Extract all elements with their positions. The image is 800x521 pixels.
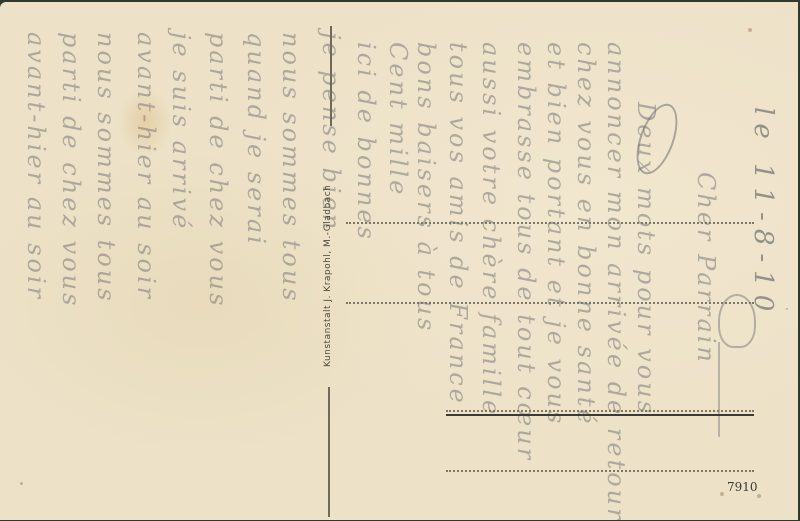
handwriting-line: et bien portant et je vous (542, 42, 570, 426)
card-number: 7910 (727, 480, 758, 494)
handwriting-line: quand je serai (242, 32, 270, 247)
handwriting-line: Cent mille (384, 42, 412, 197)
vertical-divider-bottom (328, 387, 330, 517)
handwriting-line: nous sommes tous (92, 32, 120, 304)
paper-speck (20, 482, 23, 485)
address-line (446, 470, 754, 472)
address-line (346, 222, 754, 224)
handwriting-line: avant-hier au soir (22, 32, 50, 301)
vertical-divider-top (330, 26, 332, 126)
publisher-imprint: Kunstanstalt J. Krapohl, M.-Gladbach (323, 185, 333, 367)
handwriting-line: avant-hier au soir (132, 32, 160, 301)
handwriting-line: parti de chez vous (57, 32, 85, 308)
handwriting-line: je suis arrivé (167, 32, 195, 231)
address-line (346, 302, 754, 304)
paper-speck (720, 492, 724, 496)
handwriting-line: aussi votre chère famille (477, 42, 505, 417)
handwriting-flourish (718, 342, 720, 437)
handwritten-date: le 11-8-10 (748, 107, 778, 319)
handwriting-line: annoncer mon arrivée de retour (602, 42, 630, 520)
handwriting-line: chez vous en bonne santé (572, 42, 600, 427)
postcard-back: Cher Parrain Deux mots pour vous annonce… (0, 2, 798, 520)
handwriting-line: ici de bonnes (352, 42, 380, 242)
paper-speck (757, 494, 761, 498)
address-line-solid (446, 414, 754, 416)
handwriting-line: bons baisers à tous (412, 42, 440, 333)
handwriting-line: parti de chez vous (204, 32, 232, 308)
address-line (446, 410, 754, 412)
paper-speck (786, 308, 788, 310)
handwriting-line: embrasse tous de tout cœur (512, 42, 540, 462)
handwriting-line: nous sommes tous (277, 32, 305, 304)
handwriting-line: Cher Parrain (692, 172, 720, 365)
paper-speck (748, 28, 752, 32)
